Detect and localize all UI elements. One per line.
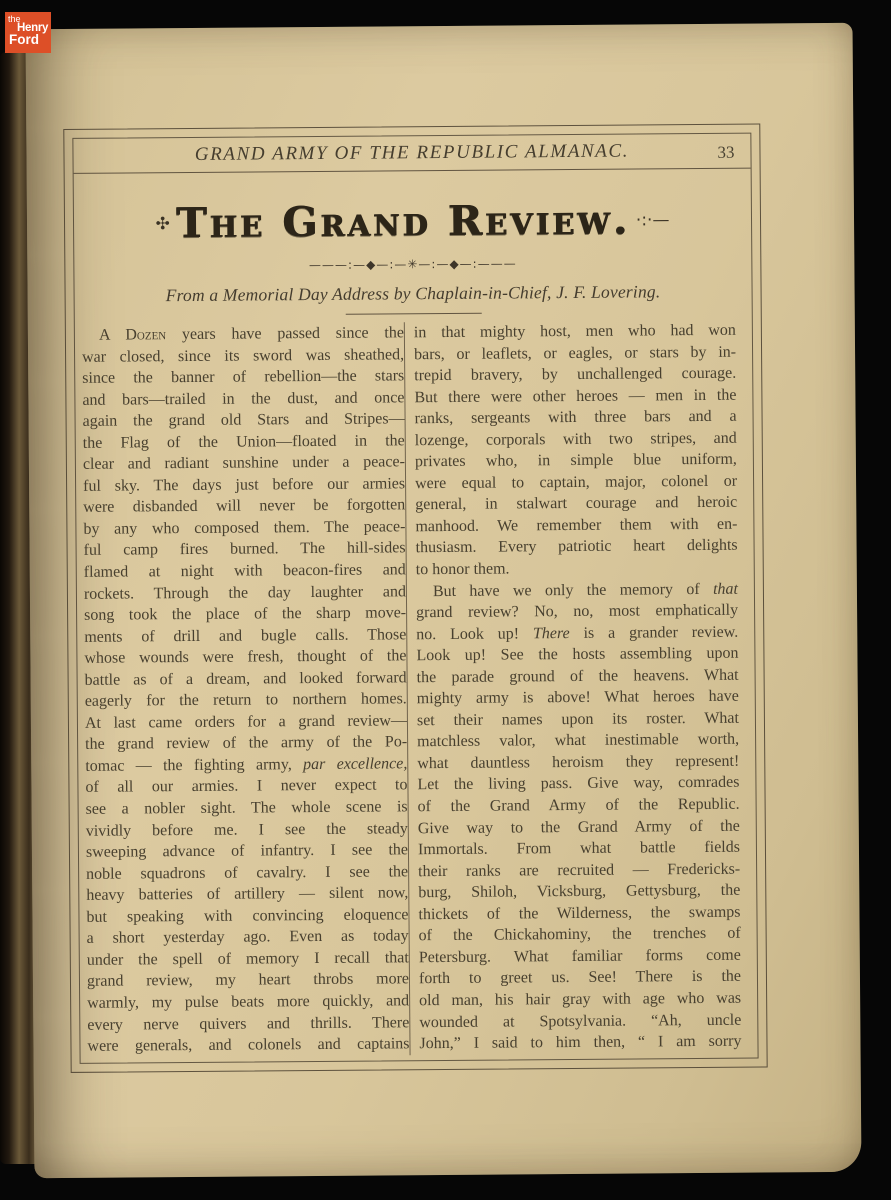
text-line: vividly before me. I see the steady [86,818,408,842]
journal-title: GRAND ARMY OF THE REPUBLIC ALMANAC. [195,141,629,165]
text-columns: A Dozen years have passed since thewar c… [75,320,758,1058]
text-line: mighty army is above! What heroes have [417,686,739,710]
text-line: grand review, my heart throbs more [87,969,409,993]
text-line: the grand review of the army of the Po- [85,732,407,756]
text-line: ful sky. The days just before our armies [83,473,405,497]
text-line: eagerly for the return to northern homes… [85,689,407,713]
text-line: old man, his hair gray with age who was [419,988,741,1012]
article-title: ✣The Grand Review.·:·— [74,195,751,250]
text-line: battle as of a dream, and looked forward [85,667,407,691]
page-border-inner: GRAND ARMY OF THE REPUBLIC ALMANAC. 33 ✣… [72,133,758,1064]
title-right-ornament-icon: ·:·— [630,210,676,230]
text-line: to honor them. [416,557,738,581]
text-line: their ranks are recruited — Fredericks- [418,858,740,882]
text-line: ranks, sergeants with three bars and a [414,406,736,430]
scanned-page: GRAND ARMY OF THE REPUBLIC ALMANAC. 33 ✣… [26,23,862,1178]
text-line: of the Chickahominy, the trenches of [419,923,741,947]
text-line: rockets. Through the day laughter and [84,581,406,605]
text-line: lozenge, corporals with two stripes, and [415,427,737,451]
text-line: the parade ground of the heavens. What [417,664,739,688]
text-line: bars, or leaflets, or eagles, or stars b… [414,341,736,365]
text-line: thusiasm. Every patriotic heart delights [416,535,738,559]
text-line: and bars—trailed in the dust, and once [82,387,404,411]
text-line: heavy batteries of artillery — silent no… [86,883,408,907]
text-line: But have we only the memory of that [416,578,738,602]
column-right: in that mighty host, men who had wonbars… [405,320,742,1055]
text-line: warmly, my pulse beats more quickly, and [87,990,409,1014]
page-number: 33 [717,143,734,163]
text-line: no. Look up! There is a grander review. [416,621,738,645]
text-line: the Flag of the Union—floated in the [83,430,405,454]
text-line: by any who composed them. The peace- [83,516,405,540]
text-line: what dauntless heroism they represent! [417,751,739,775]
text-line: burg, Shiloh, Vicksburg, Gettysburg, the [418,880,740,904]
article-title-text: The Grand Review. [176,196,630,248]
text-line: forth to greet us. See! There is the [419,966,741,990]
text-line: song took the place of the sharp move- [84,602,406,626]
title-left-ornament-icon: ✣ [150,214,176,234]
text-line: At last came orders for a grand review— [85,710,407,734]
text-line: war closed, since its sword was sheathed… [82,344,404,368]
text-line: Petersburg. What familiar forms come [419,945,741,969]
text-line: in that mighty host, men who had won [414,320,736,344]
text-line: Give way to the Grand Army of the [418,815,740,839]
header-rule [74,168,751,174]
text-line: thickets of the Wilderness, the swamps [418,901,740,925]
text-line: John,” I said to him then, “ I am sorry [419,1031,741,1055]
text-line: Look up! See the hosts assembling upon [416,643,738,667]
text-line: general, in stalwart courage and heroic [415,492,737,516]
logo-word-ford: Ford [9,34,51,46]
text-line: Immortals. From what battle fields [418,837,740,861]
text-line: were generals, and colonels and captains [87,1033,409,1057]
text-line: wounded at Spotsylvania. “Ah, uncle [419,1009,741,1033]
text-line: noble squadrons of cavalry. I see the [86,861,408,885]
text-line: were equal to captain, major, colonel or [415,471,737,495]
text-line: see a nobler sight. The whole scene is [86,796,408,820]
scanned-book-photo: GRAND ARMY OF THE REPUBLIC ALMANAC. 33 ✣… [0,0,891,1200]
text-line: set their names upon its roster. What [417,708,739,732]
text-line: tomac — the fighting army, par excellenc… [85,753,407,777]
text-line: grand review? No, no, most emphatically [416,600,738,624]
column-left: A Dozen years have passed since thewar c… [82,322,410,1057]
text-line: A Dozen years have passed since the [82,322,404,346]
text-line: since the banner of rebellion—the stars [82,365,404,389]
text-line: manhood. We remember them with en- [415,514,737,538]
text-line: privates who, in simple blue uniform, [415,449,737,473]
text-line: ful camp fires burned. The hill-sides [84,538,406,562]
text-line: But there were other heroes — men in the [414,384,736,408]
text-line: a short yesterday ago. Even as today [87,926,409,950]
text-line: under the spell of memory I recall that [87,947,409,971]
text-line: whose wounds were fresh, thought of the [84,645,406,669]
text-line: every nerve quivers and thrills. There [87,1012,409,1036]
page-border-outer: GRAND ARMY OF THE REPUBLIC ALMANAC. 33 ✣… [63,123,767,1072]
text-line: flamed at night with beacon-fires and [84,559,406,583]
text-line: Let the living pass. Give way, comrades [417,772,739,796]
text-line: sweeping advance of infantry. I see the [86,839,408,863]
text-line: but speaking with convincing eloquence [86,904,408,928]
text-line: trepid bravery, by unchallenged courage. [414,363,736,387]
henry-ford-logo: the Henry Ford [5,12,51,53]
text-line: of all our armies. I never expect to [85,775,407,799]
byline-rule [345,313,481,315]
text-line: of the Grand Army of the Republic. [418,794,740,818]
text-line: ments of drill and bugle calls. Those [84,624,406,648]
text-line: were disbanded will never be forgotten [83,495,405,519]
byline: From a Memorial Day Address by Chaplain-… [75,281,752,308]
divider-ornament-icon: ———:—◆—:—✳—:—◆—:——— [74,255,751,276]
journal-header: GRAND ARMY OF THE REPUBLIC ALMANAC. 33 [73,140,750,169]
text-line: clear and radiant sunshine under a peace… [83,452,405,476]
text-line: again the grand old Stars and Stripes— [83,408,405,432]
text-line: matchless valor, what inestimable worth, [417,729,739,753]
